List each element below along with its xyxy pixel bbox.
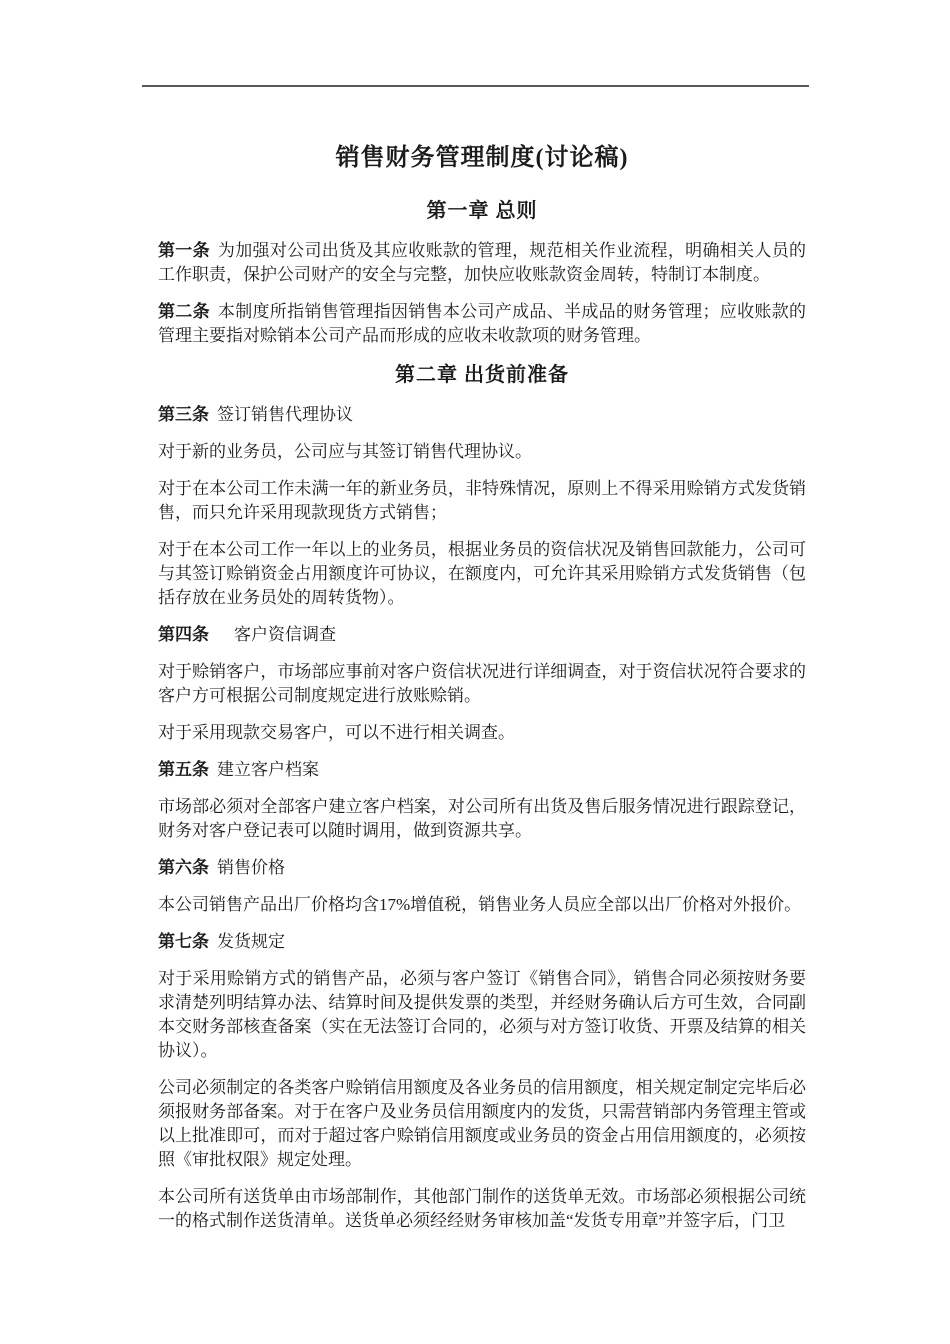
body-paragraph: 对于采用现款交易客户，可以不进行相关调查。 (158, 721, 806, 745)
article-6-paragraph: 第六条销售价格 (158, 856, 806, 880)
document-page: 销售财务管理制度(讨论稿) 第一章 总则 第一条为加强对公司出货及其应收账款的管… (0, 0, 950, 1344)
body-paragraph: 市场部必须对全部客户建立客户档案，对公司所有出货及售后服务情况进行跟踪登记，财务… (158, 795, 806, 843)
article-1-text: 为加强对公司出货及其应收账款的管理，规范相关作业流程，明确相关人员的工作职责，保… (158, 241, 806, 284)
article-5-text: 建立客户档案 (217, 760, 319, 779)
article-6-label: 第六条 (158, 858, 209, 877)
article-2-text: 本制度所指销售管理指因销售本公司产成品、半成品的财务管理；应收账款的管理主要指对… (158, 302, 806, 345)
article-7-paragraph: 第七条发货规定 (158, 930, 806, 954)
article-5-label: 第五条 (158, 760, 209, 779)
header-rule (142, 85, 809, 87)
article-3-text: 签订销售代理协议 (217, 405, 353, 424)
body-paragraph: 对于在本公司工作一年以上的业务员，根据业务员的资信状况及销售回款能力，公司可与其… (158, 538, 806, 610)
body-paragraph: 本公司销售产品出厂价格均含17%增值税，销售业务人员应全部以出厂价格对外报价。 (158, 893, 806, 917)
chapter-1-heading: 第一章 总则 (158, 197, 806, 225)
document-title: 销售财务管理制度(讨论稿) (158, 141, 806, 175)
article-4-text: 客户资信调查 (217, 625, 336, 644)
article-3-paragraph: 第三条签订销售代理协议 (158, 403, 806, 427)
article-5-paragraph: 第五条建立客户档案 (158, 758, 806, 782)
document-body: 销售财务管理制度(讨论稿) 第一章 总则 第一条为加强对公司出货及其应收账款的管… (158, 141, 806, 1233)
chapter-2-heading: 第二章 出货前准备 (158, 361, 806, 389)
body-paragraph: 对于新的业务员，公司应与其签订销售代理协议。 (158, 440, 806, 464)
article-3-label: 第三条 (158, 405, 209, 424)
article-7-label: 第七条 (158, 932, 209, 951)
article-4-label: 第四条 (158, 625, 209, 644)
article-2-paragraph: 第二条本制度所指销售管理指因销售本公司产成品、半成品的财务管理；应收账款的管理主… (158, 300, 806, 348)
article-4-paragraph: 第四条 客户资信调查 (158, 623, 806, 647)
article-2-label: 第二条 (158, 302, 210, 321)
article-7-text: 发货规定 (217, 932, 285, 951)
body-paragraph: 对于采用赊销方式的销售产品，必须与客户签订《销售合同》，销售合同必须按财务要求清… (158, 967, 806, 1063)
body-paragraph: 对于在本公司工作未满一年的新业务员，非特殊情况，原则上不得采用赊销方式发货销售，… (158, 477, 806, 525)
body-paragraph: 本公司所有送货单由市场部制作，其他部门制作的送货单无效。市场部必须根据公司统一的… (158, 1185, 806, 1233)
article-1-label: 第一条 (158, 241, 210, 260)
article-6-text: 销售价格 (217, 858, 285, 877)
body-paragraph: 公司必须制定的各类客户赊销信用额度及各业务员的信用额度，相关规定制定完毕后必须报… (158, 1076, 806, 1172)
body-paragraph: 对于赊销客户，市场部应事前对客户资信状况进行详细调查，对于资信状况符合要求的客户… (158, 660, 806, 708)
article-1-paragraph: 第一条为加强对公司出货及其应收账款的管理，规范相关作业流程，明确相关人员的工作职… (158, 239, 806, 287)
